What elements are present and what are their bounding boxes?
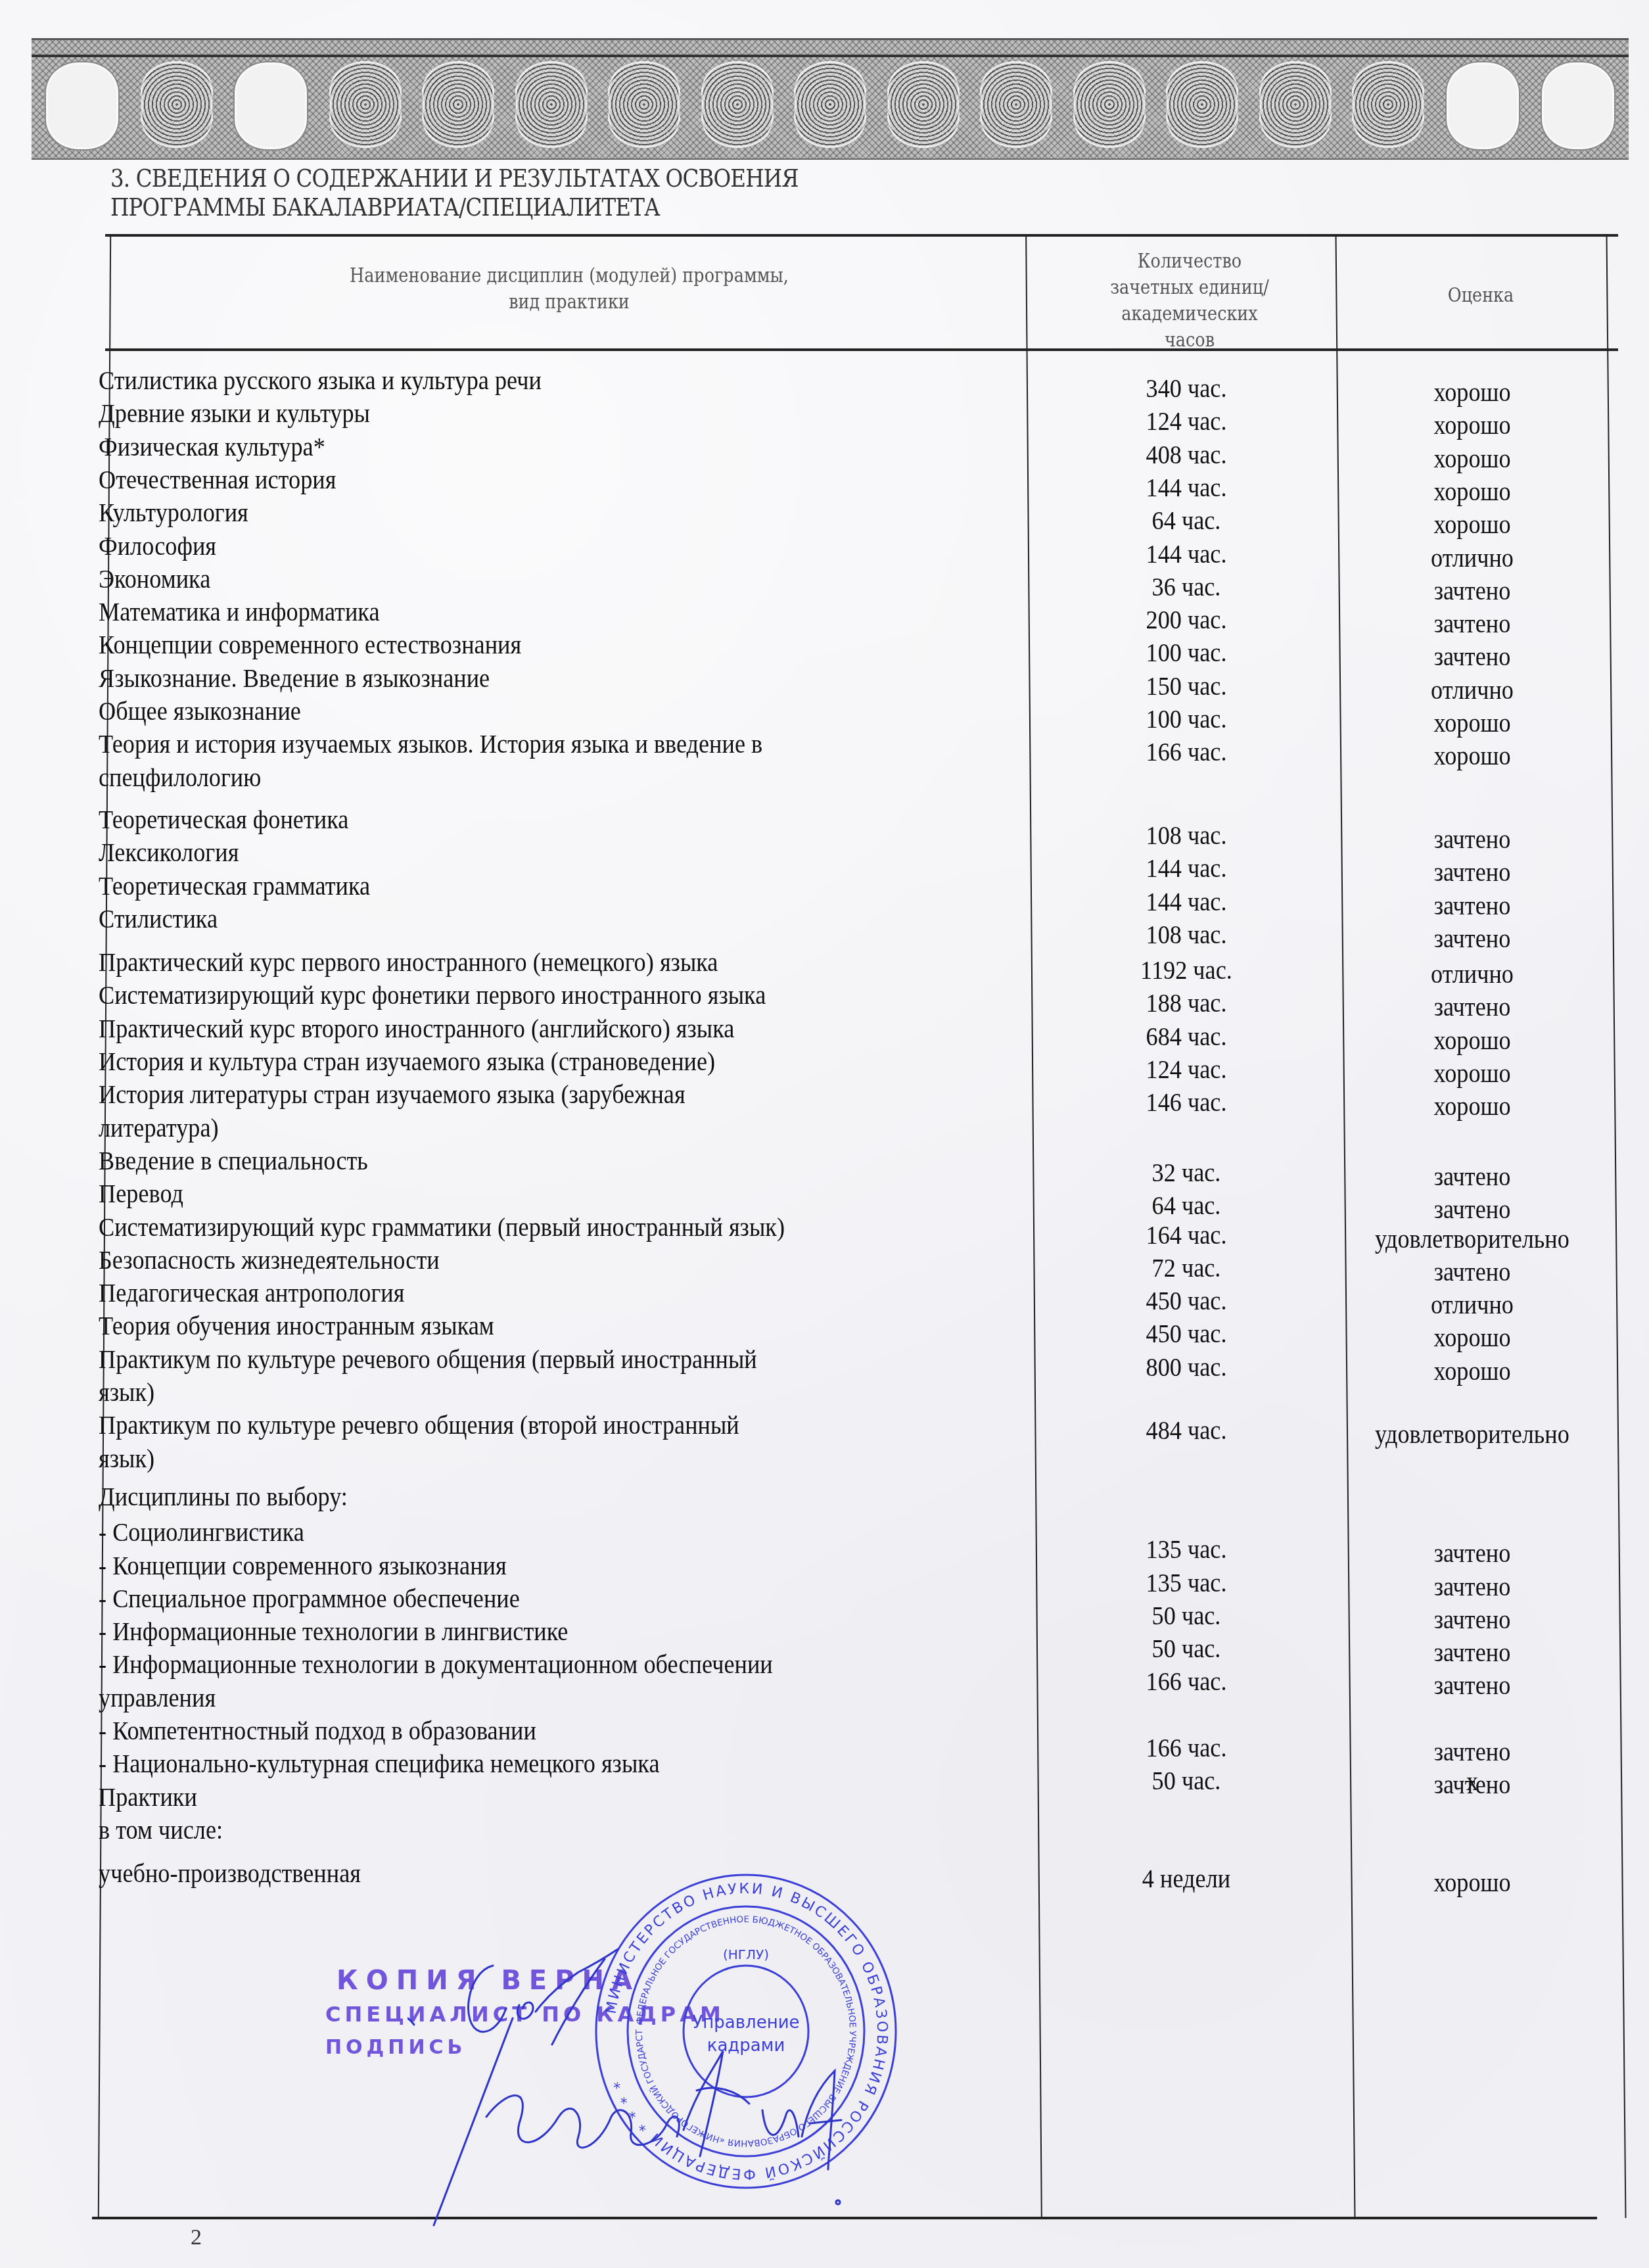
- discipline-name: Педагогическая антропология: [99, 1278, 404, 1310]
- hours-value: 108 час.: [1064, 920, 1309, 951]
- grade-value: зачтено: [1350, 1572, 1594, 1603]
- discipline-name: - Специальное программное обеспечение: [99, 1584, 520, 1615]
- grade-value: хорошо: [1350, 741, 1594, 772]
- hours-value: 135 час.: [1064, 1534, 1309, 1566]
- hours-value: 144 час.: [1064, 887, 1309, 918]
- discipline-name: Практический курс второго иностранного (…: [99, 1014, 734, 1045]
- section-title-line-1: 3. Сведения о содержании и результатах о…: [110, 164, 799, 193]
- grade-value: зачтено: [1350, 1538, 1594, 1570]
- hours-value: 64 час.: [1064, 1191, 1309, 1222]
- header-hours-line: зачетных единиц/: [1057, 275, 1321, 301]
- hours-value: 72 час.: [1064, 1253, 1309, 1285]
- table-top-border: [105, 234, 1618, 237]
- discipline-name: Практики: [99, 1782, 197, 1814]
- grade-value: зачтено: [1350, 824, 1594, 856]
- grade-value: зачтено: [1350, 1194, 1594, 1226]
- discipline-name: Теоретическая фонетика: [99, 805, 348, 836]
- discipline-name: Дисциплины по выбору:: [99, 1482, 348, 1513]
- grade-value: х: [1350, 1766, 1594, 1798]
- discipline-name: Лексикология: [99, 838, 239, 869]
- hours-value: 124 час.: [1064, 406, 1309, 438]
- discipline-name: Практический курс первого иностранного (…: [99, 947, 718, 979]
- grade-value: хорошо: [1350, 509, 1594, 541]
- discipline-name-continuation: спецфилологию: [99, 763, 261, 794]
- discipline-name: - Компетентностный подход в образовании: [99, 1716, 536, 1747]
- seal-abbreviation: (НГЛУ): [723, 1947, 769, 1962]
- discipline-name: - Информационные технологии в документац…: [99, 1649, 773, 1681]
- grade-value: удовлетворительно: [1350, 1419, 1594, 1451]
- grade-value: хорошо: [1350, 410, 1594, 442]
- hours-value: 146 час.: [1064, 1087, 1309, 1119]
- banner-medallion: [1445, 61, 1520, 151]
- grade-value: зачтено: [1350, 642, 1594, 673]
- initials-signature: [453, 1946, 624, 2051]
- header-hours-line: часов: [1057, 327, 1321, 354]
- discipline-name: Стилистика русского языка и культура реч…: [99, 366, 542, 397]
- hours-value: 144 час.: [1064, 539, 1309, 571]
- hours-value: 144 час.: [1064, 853, 1309, 885]
- discipline-name: Практикум по культуре речевго общения (в…: [99, 1410, 739, 1442]
- banner-medallion: [1259, 61, 1332, 148]
- discipline-name: История и культура стран изучаемого язык…: [99, 1047, 715, 1078]
- banner-medallion: [329, 61, 402, 148]
- discipline-name: Математика и информатика: [99, 597, 380, 628]
- discipline-name-continuation: литература): [99, 1113, 219, 1145]
- hours-value: 36 час.: [1064, 572, 1309, 603]
- grade-value: зачтено: [1350, 1670, 1594, 1702]
- hours-value: 50 час.: [1064, 1601, 1309, 1632]
- hours-value: 100 час.: [1064, 638, 1309, 669]
- grade-value: хорошо: [1350, 1058, 1594, 1090]
- hours-value: 4 недели: [1064, 1864, 1309, 1895]
- hours-value: 135 час.: [1064, 1568, 1309, 1599]
- hours-value: 166 час.: [1064, 1666, 1309, 1698]
- hours-value: 408 час.: [1064, 440, 1309, 471]
- hours-value: 166 час.: [1064, 1733, 1309, 1764]
- banner-band: [32, 55, 1629, 57]
- discipline-name: - Информационные технологии в лингвистик…: [99, 1617, 568, 1648]
- discipline-name: Экономика: [99, 564, 210, 596]
- discipline-name: Безопасность жизнедеятельности: [99, 1245, 440, 1277]
- grade-value: зачтено: [1350, 1638, 1594, 1669]
- discipline-name: Общее языкознание: [99, 696, 301, 728]
- hours-value: 100 час.: [1064, 704, 1309, 736]
- grade-value: зачтено: [1350, 576, 1594, 607]
- grade-value: хорошо: [1350, 1026, 1594, 1057]
- banner-medallions: [32, 61, 1629, 153]
- grade-value: хорошо: [1350, 1356, 1594, 1388]
- hours-value: 1192 час.: [1064, 955, 1309, 987]
- discipline-name-continuation: язык): [99, 1377, 154, 1409]
- header-discipline-name: Наименование дисциплин (модулей) програм…: [175, 263, 964, 316]
- header-hours-line: Количество: [1057, 248, 1321, 275]
- banner-medallion: [980, 61, 1052, 148]
- grade-value: зачтено: [1350, 1162, 1594, 1193]
- banner-medallion: [515, 61, 588, 148]
- hours-value: 50 час.: [1064, 1634, 1309, 1665]
- discipline-name: История литературы стран изучаемого язык…: [99, 1079, 685, 1111]
- banner-medallion: [887, 61, 960, 148]
- header-bottom-border: [105, 348, 1618, 351]
- banner-medallion: [45, 61, 120, 151]
- grade-value: хорошо: [1350, 1868, 1594, 1899]
- discipline-name: - Социолингвистика: [99, 1517, 304, 1549]
- grade-value: хорошо: [1350, 1091, 1594, 1123]
- discipline-name-continuation: язык): [99, 1444, 154, 1475]
- discipline-name: Стилистика: [99, 904, 218, 935]
- grade-value: отлично: [1350, 675, 1594, 707]
- discipline-name: Введение в специальность: [99, 1146, 368, 1177]
- grade-value: зачтено: [1350, 1605, 1594, 1636]
- hours-value: 484 час.: [1064, 1415, 1309, 1447]
- discipline-name: Теория и история изучаемых языков. Истор…: [99, 729, 762, 761]
- discipline-name: Концепции современного естествознания: [99, 630, 521, 661]
- banner-medallion: [701, 61, 774, 148]
- grade-value: хорошо: [1350, 1323, 1594, 1354]
- hours-value: 340 час.: [1064, 373, 1309, 405]
- discipline-name-continuation: управления: [99, 1683, 216, 1714]
- discipline-name: - Концепции современного языкознания: [99, 1551, 507, 1582]
- grade-value: хорошо: [1350, 377, 1594, 409]
- hours-value: 166 час.: [1064, 737, 1309, 768]
- banner-medallion: [1073, 61, 1146, 148]
- grade-value: зачтено: [1350, 992, 1594, 1024]
- discipline-name: - Национально-культурная специфика немец…: [99, 1749, 659, 1780]
- hours-value: 50 час.: [1064, 1766, 1309, 1797]
- hours-value: 144 час.: [1064, 473, 1309, 504]
- grade-value: хорошо: [1350, 444, 1594, 475]
- header-hours-line: академических: [1057, 301, 1321, 327]
- hours-value: 200 час.: [1064, 605, 1309, 636]
- hours-value: 188 час.: [1064, 988, 1309, 1020]
- discipline-name: Языкознание. Введение в языкознание: [99, 663, 490, 695]
- discipline-name: Отечественная история: [99, 465, 336, 496]
- hours-value: 450 час.: [1064, 1286, 1309, 1317]
- discipline-name: Систематизирующий курс грамматики (первы…: [99, 1212, 785, 1244]
- grade-value: отлично: [1350, 1290, 1594, 1321]
- discipline-name: Древние языки и культуры: [99, 398, 370, 430]
- banner-medallion: [141, 61, 213, 148]
- banner-medallion: [422, 61, 494, 148]
- header-hours: Количествозачетных единиц/академическихч…: [1057, 248, 1321, 354]
- banner-medallion: [608, 61, 680, 148]
- banner-medallion: [1166, 61, 1238, 148]
- discipline-name: Культурология: [99, 498, 248, 529]
- grade-value: зачтено: [1350, 857, 1594, 889]
- hours-value: 150 час.: [1064, 671, 1309, 703]
- grade-value: зачтено: [1350, 1737, 1594, 1768]
- header-grade-line: Оценка: [1366, 283, 1596, 309]
- banner-medallion: [233, 61, 308, 151]
- grade-value: зачтено: [1350, 609, 1594, 640]
- column-divider-hours: [1025, 234, 1042, 2218]
- discipline-name: Практикум по культуре речевого общения (…: [99, 1344, 757, 1376]
- discipline-name: Философия: [99, 531, 216, 563]
- grade-value: удовлетворительно: [1350, 1224, 1594, 1256]
- header-discipline-name-line: вид практики: [175, 289, 964, 316]
- grade-value: зачтено: [1350, 891, 1594, 922]
- grade-value: хорошо: [1350, 708, 1594, 740]
- guilloche-banner: [32, 38, 1629, 160]
- hours-value: 450 час.: [1064, 1319, 1309, 1350]
- grade-value: зачтено: [1350, 1257, 1594, 1288]
- hours-value: 800 час.: [1064, 1352, 1309, 1384]
- section-title-line-2: программы бакалавриата/специалитета: [110, 193, 799, 222]
- discipline-name: Перевод: [99, 1179, 183, 1210]
- banner-medallion: [794, 61, 866, 148]
- hours-value: 108 час.: [1064, 820, 1309, 852]
- banner-medallion: [1541, 61, 1615, 151]
- banner-medallion: [1352, 61, 1424, 148]
- hours-value: 124 час.: [1064, 1054, 1309, 1086]
- grade-value: хорошо: [1350, 477, 1594, 508]
- table-right-border: [1606, 234, 1627, 2218]
- discipline-name: Систематизирующий курс фонетики первого …: [99, 980, 766, 1012]
- discipline-name: учебно-производственная: [99, 1858, 361, 1890]
- header-grade: Оценка: [1366, 283, 1596, 309]
- hours-value: 64 час.: [1064, 506, 1309, 537]
- hours-value: 32 час.: [1064, 1158, 1309, 1189]
- discipline-name: в том числе:: [99, 1815, 223, 1847]
- discipline-name: Теоретическая грамматика: [99, 871, 370, 903]
- discipline-name: Физическая культура*: [99, 432, 325, 463]
- hours-value: 164 час.: [1064, 1220, 1309, 1252]
- grade-value: отлично: [1350, 959, 1594, 991]
- page-number: 2: [191, 2225, 202, 2250]
- header-discipline-name-line: Наименование дисциплин (модулей) програм…: [175, 263, 964, 289]
- grade-value: отлично: [1350, 543, 1594, 575]
- grade-value: зачтено: [1350, 924, 1594, 955]
- discipline-name: Теория обучения иностранным языкам: [99, 1311, 494, 1342]
- hours-value: 684 час.: [1064, 1022, 1309, 1053]
- section-title: 3. Сведения о содержании и результатах о…: [110, 164, 799, 222]
